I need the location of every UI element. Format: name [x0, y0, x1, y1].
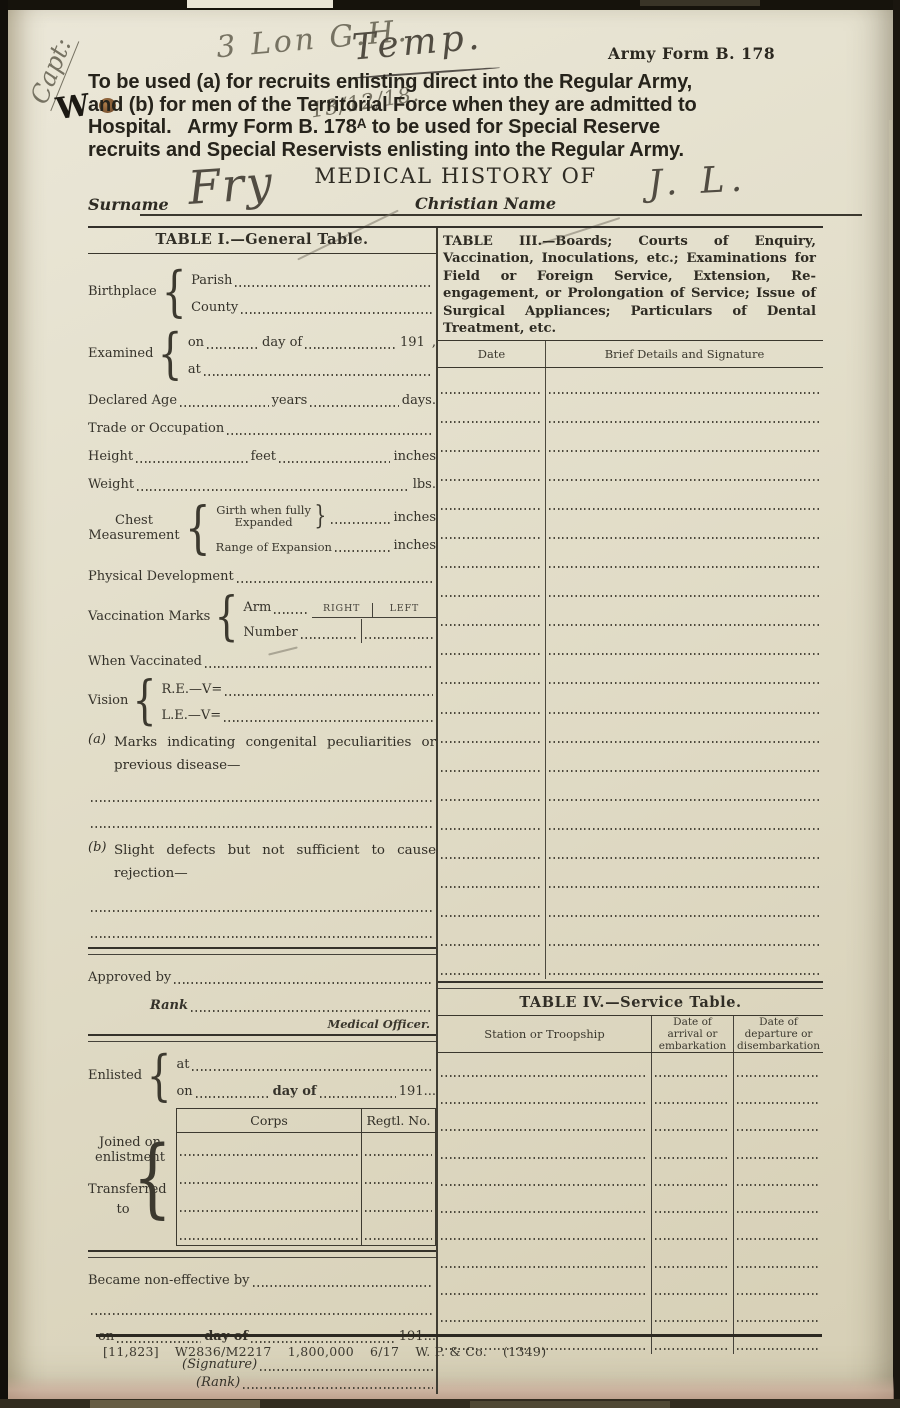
- brace: {: [185, 504, 211, 554]
- declared-age-label: Declared Age: [88, 394, 177, 411]
- table3-row: [438, 630, 823, 659]
- table3-row: [438, 543, 823, 572]
- footer-item: [11,823]: [103, 1344, 159, 1359]
- scan-edge-patch: [90, 1400, 260, 1408]
- write-line: [331, 522, 390, 524]
- brace: }: [314, 505, 326, 528]
- write-line: [237, 581, 433, 583]
- surname-handwritten-value: Fry: [186, 155, 275, 215]
- write-line: [174, 982, 433, 984]
- brace: {: [133, 1140, 172, 1217]
- table3-row: [438, 805, 823, 834]
- table1-general-table: TABLE I.—General Table. Birthplace { Par…: [88, 228, 436, 1394]
- write-line: [235, 285, 433, 287]
- date-column-header: Date: [438, 341, 546, 367]
- brace: {: [133, 678, 157, 725]
- vaccination-marks-label: Vaccination Marks: [88, 610, 210, 625]
- girth-label-2: Expanded: [216, 517, 312, 529]
- when-vaccinated-label: When Vaccinated: [88, 655, 202, 672]
- signature-label: (Signature): [182, 1358, 257, 1375]
- regtl-no-column-header: Regtl. No.: [362, 1109, 435, 1132]
- corps-column-header: Corps: [177, 1109, 362, 1132]
- parish-label: Parish: [191, 274, 232, 291]
- arrival-column-header: Date of arrival or embarkation: [651, 1016, 733, 1052]
- write-line: [241, 312, 433, 314]
- instructions-line: and (b) for men of the Territorial Force…: [88, 94, 836, 117]
- write-line: [191, 1010, 433, 1012]
- inches-label: inches: [393, 450, 436, 467]
- write-line: [117, 1341, 201, 1343]
- vision-label: Vision: [88, 694, 128, 709]
- scan-edge-patch: [470, 1401, 670, 1408]
- para-b-tag: (b): [88, 839, 114, 855]
- height-row: Height feet inches: [88, 442, 436, 468]
- when-vaccinated-row: When Vaccinated: [88, 647, 436, 673]
- table3-row: [438, 718, 823, 747]
- write-line: [205, 666, 433, 668]
- table4-title: TABLE IV.—Service Table.: [438, 989, 823, 1015]
- years-label: years: [272, 394, 308, 411]
- declared-age-row: Declared Age years days.: [88, 386, 436, 412]
- day-of-label: day of: [262, 336, 302, 353]
- para-b-text: Slight defects but not sufficient to cau…: [114, 839, 436, 885]
- write-line: [305, 347, 397, 349]
- table3-row: [438, 427, 823, 456]
- write-line: [365, 637, 433, 639]
- blank-write-row: [88, 807, 436, 833]
- write-line: [260, 1369, 433, 1371]
- lbs-label: lbs.: [413, 478, 436, 495]
- instructions-line: recruits and Special Reservists enlistin…: [88, 139, 836, 162]
- write-line: [301, 637, 358, 639]
- write-line: [91, 826, 433, 828]
- range-of-expansion-label: Range of Expansion: [216, 540, 332, 556]
- medical-officer-label: Medical Officer.: [88, 1017, 436, 1031]
- scan-edge-patch: [187, 0, 333, 8]
- table3-header: Date Brief Details and Signature: [438, 340, 823, 368]
- brace: {: [158, 330, 183, 379]
- blank-write-row: [88, 1294, 436, 1320]
- write-line: [320, 1096, 396, 1098]
- days-label: days.: [402, 394, 436, 411]
- examined-label: Examined: [88, 347, 153, 362]
- examined-group: Examined { on day of 191 , at: [88, 327, 436, 381]
- corps-row: [177, 1189, 435, 1217]
- table4-row: [438, 1053, 823, 1080]
- weight-label: Weight: [88, 478, 134, 495]
- enlisted-label: Enlisted: [88, 1069, 142, 1084]
- para-a-text: Marks indicating congenital peculiaritie…: [114, 731, 436, 777]
- brace: {: [147, 1052, 172, 1101]
- write-line: [279, 461, 390, 463]
- vaccination-right-column: RIGHT: [312, 603, 372, 618]
- day-of-label: day of: [273, 1085, 317, 1102]
- trade-label: Trade or Occupation: [88, 422, 224, 439]
- write-line: [136, 461, 247, 463]
- table4-row: [438, 1244, 823, 1271]
- table4-row: [438, 1217, 823, 1244]
- write-line: [91, 936, 433, 938]
- section-rule: [88, 1250, 436, 1258]
- inches-label: inches: [393, 539, 436, 556]
- write-line: [204, 374, 433, 376]
- vaccination-group: Vaccination Marks { Arm RIGHT LEFT: [88, 590, 436, 644]
- table4-row: [438, 1108, 823, 1135]
- approved-by-row: Approved by: [88, 963, 436, 989]
- table4-row: [438, 1299, 823, 1326]
- table3-row: [438, 514, 823, 543]
- table3-row: [438, 368, 823, 397]
- corps-row: [177, 1217, 435, 1245]
- year-prefix: 191: [400, 336, 425, 353]
- write-line: [274, 612, 308, 614]
- table3-row: [438, 485, 823, 514]
- feet-label: feet: [251, 450, 276, 467]
- form-number: Army Form B. 178: [608, 44, 775, 63]
- table3-row: [438, 572, 823, 601]
- right-label: RIGHT: [323, 603, 360, 614]
- corps-grid: Corps Regtl. No.: [176, 1108, 436, 1246]
- instructions-line: Hospital. Army Form B. 178ᴬ to be used f…: [88, 116, 836, 139]
- departure-column-header: Date of departure or disembarkation: [733, 1016, 823, 1052]
- vaccination-left-column: LEFT: [372, 603, 436, 618]
- table3-row: [438, 456, 823, 485]
- write-line: [335, 550, 391, 552]
- scan-edge-patch: [640, 0, 760, 6]
- footer-item: W2836/M2217: [175, 1344, 272, 1359]
- rank-label: Rank: [150, 999, 188, 1016]
- chest-label-2: Measurement: [88, 529, 180, 544]
- write-line: [91, 910, 433, 912]
- station-column-header: Station or Troopship: [438, 1016, 651, 1052]
- write-line: [253, 1285, 433, 1287]
- left-label: LEFT: [390, 603, 419, 614]
- table3-row: [438, 921, 823, 950]
- bottom-rule: [96, 1334, 822, 1337]
- physical-development-label: Physical Development: [88, 570, 234, 587]
- birthplace-label: Birthplace: [88, 285, 157, 300]
- county-label: County: [191, 301, 238, 318]
- write-line: [137, 489, 410, 491]
- corps-row-labels: Joined on enlistment Transferred to {: [88, 1108, 176, 1246]
- christian-name-label: Christian Name: [415, 194, 556, 213]
- form-body: TABLE I.—General Table. Birthplace { Par…: [88, 226, 823, 1394]
- enlisted-group: Enlisted { at on day of 191...: [88, 1049, 436, 1103]
- footer-item: 6/17: [370, 1344, 399, 1359]
- write-line: [91, 1313, 433, 1315]
- enlisted-at-label: at: [176, 1058, 189, 1075]
- vision-group: Vision { R.E.—V= L.E.—V=: [88, 675, 436, 727]
- table4-row: [438, 1135, 823, 1162]
- examined-at-label: at: [188, 363, 201, 380]
- corps-header: Corps Regtl. No.: [177, 1109, 435, 1133]
- blank-write-row: [88, 917, 436, 943]
- scan-edge-right: [893, 0, 900, 1408]
- table3-row: [438, 601, 823, 630]
- section-rule: [438, 981, 823, 989]
- table4-row: [438, 1272, 823, 1299]
- chest-label-1: Chest: [88, 514, 180, 529]
- corps-rows: [177, 1133, 435, 1245]
- stamp-mark: W: [54, 88, 92, 127]
- examined-on-label: on: [188, 336, 204, 353]
- scan-edge-left: [0, 0, 8, 1408]
- instructions-line: To be used (a) for recruits enlisting di…: [88, 71, 836, 94]
- table3-row: [438, 950, 823, 979]
- table4-row: [438, 1081, 823, 1108]
- instructions: To be used (a) for recruits enlisting di…: [88, 71, 836, 161]
- blank-write-row: [88, 781, 436, 807]
- name-write-line: [140, 214, 862, 216]
- write-line: [227, 433, 433, 435]
- footer-item: 1,800,000: [288, 1344, 354, 1359]
- approved-rank-row: Rank: [88, 991, 436, 1017]
- surname-label: Surname: [88, 195, 169, 214]
- corps-row: [177, 1133, 435, 1161]
- write-line: [192, 1069, 433, 1071]
- table1-title: TABLE I.—General Table.: [88, 231, 436, 254]
- height-label: Height: [88, 450, 133, 467]
- table3-body: [438, 368, 823, 979]
- year-prefix: 191...: [399, 1085, 436, 1102]
- write-line: [243, 1387, 433, 1389]
- approved-by-label: Approved by: [88, 971, 171, 988]
- table3-row: [438, 398, 823, 427]
- blank-write-row: [88, 891, 436, 917]
- table4-body: [438, 1053, 823, 1353]
- birthplace-group: Birthplace { Parish County: [88, 266, 436, 319]
- corps-table: Joined on enlistment Transferred to { Co…: [88, 1108, 436, 1246]
- christian-name-handwritten-value: J. L.: [647, 158, 749, 204]
- right-eye-label: R.E.—V=: [161, 683, 222, 700]
- number-label: Number: [243, 626, 297, 643]
- write-line: [180, 405, 269, 407]
- para-a: (a) Marks indicating congenital peculiar…: [88, 731, 436, 777]
- table4-row: [438, 1190, 823, 1217]
- non-effective-label: Became non-effective by: [88, 1274, 250, 1291]
- brace: {: [215, 594, 239, 641]
- brace: {: [162, 268, 187, 317]
- vaccination-left-cell: [361, 619, 436, 643]
- table3-title: TABLE III.—Boards; Courts of Enquiry, Va…: [438, 228, 823, 340]
- scan-edge-sliver: [889, 120, 892, 1220]
- table3-row: [438, 892, 823, 921]
- corps-row: [177, 1161, 435, 1189]
- left-eye-label: L.E.—V=: [161, 709, 221, 726]
- rank-label: (Rank): [196, 1376, 240, 1393]
- rank-row: (Rank): [88, 1377, 436, 1394]
- para-a-tag: (a): [88, 731, 114, 747]
- write-line: [310, 405, 399, 407]
- chest-group: Chest Measurement { Girth when fully Exp…: [88, 501, 436, 557]
- physical-development-row: Physical Development: [88, 562, 436, 588]
- non-effective-row: Became non-effective by: [88, 1266, 436, 1292]
- write-line: [224, 720, 433, 722]
- details-column-header: Brief Details and Signature: [546, 341, 823, 367]
- write-line: [207, 347, 259, 349]
- section-rule: [88, 1034, 436, 1042]
- table3-row: [438, 659, 823, 688]
- table3-row: [438, 834, 823, 863]
- scanned-form-page: Capt: 3 Lon G.H. 13/12/18. Temp. W Army …: [0, 0, 900, 1408]
- trade-row: Trade or Occupation: [88, 414, 436, 440]
- section-rule: [88, 947, 436, 955]
- enlisted-on-label: on: [176, 1085, 192, 1102]
- inches-label: inches: [393, 511, 436, 528]
- weight-row: Weight lbs.: [88, 470, 436, 496]
- write-line: [225, 694, 433, 696]
- print-footer: [11,823]W2836/M22171,800,0006/17W. P. & …: [103, 1344, 562, 1359]
- write-line: [251, 1341, 396, 1343]
- table3-row: [438, 863, 823, 892]
- scan-edge-top: [0, 0, 900, 10]
- table4-header: Station or Troopship Date of arrival or …: [438, 1015, 823, 1053]
- footer-item: W. P. & Co.: [415, 1344, 487, 1359]
- write-line: [196, 1096, 270, 1098]
- para-b: (b) Slight defects but not sufficient to…: [88, 839, 436, 885]
- table3-row: [438, 688, 823, 717]
- arm-label: Arm: [243, 601, 271, 618]
- table4-row: [438, 1163, 823, 1190]
- footer-item: (1349): [503, 1344, 546, 1359]
- table3-row: [438, 747, 823, 776]
- write-line: [91, 800, 433, 802]
- tables-3-4-column: TABLE III.—Boards; Courts of Enquiry, Va…: [436, 228, 823, 1394]
- table3-row: [438, 776, 823, 805]
